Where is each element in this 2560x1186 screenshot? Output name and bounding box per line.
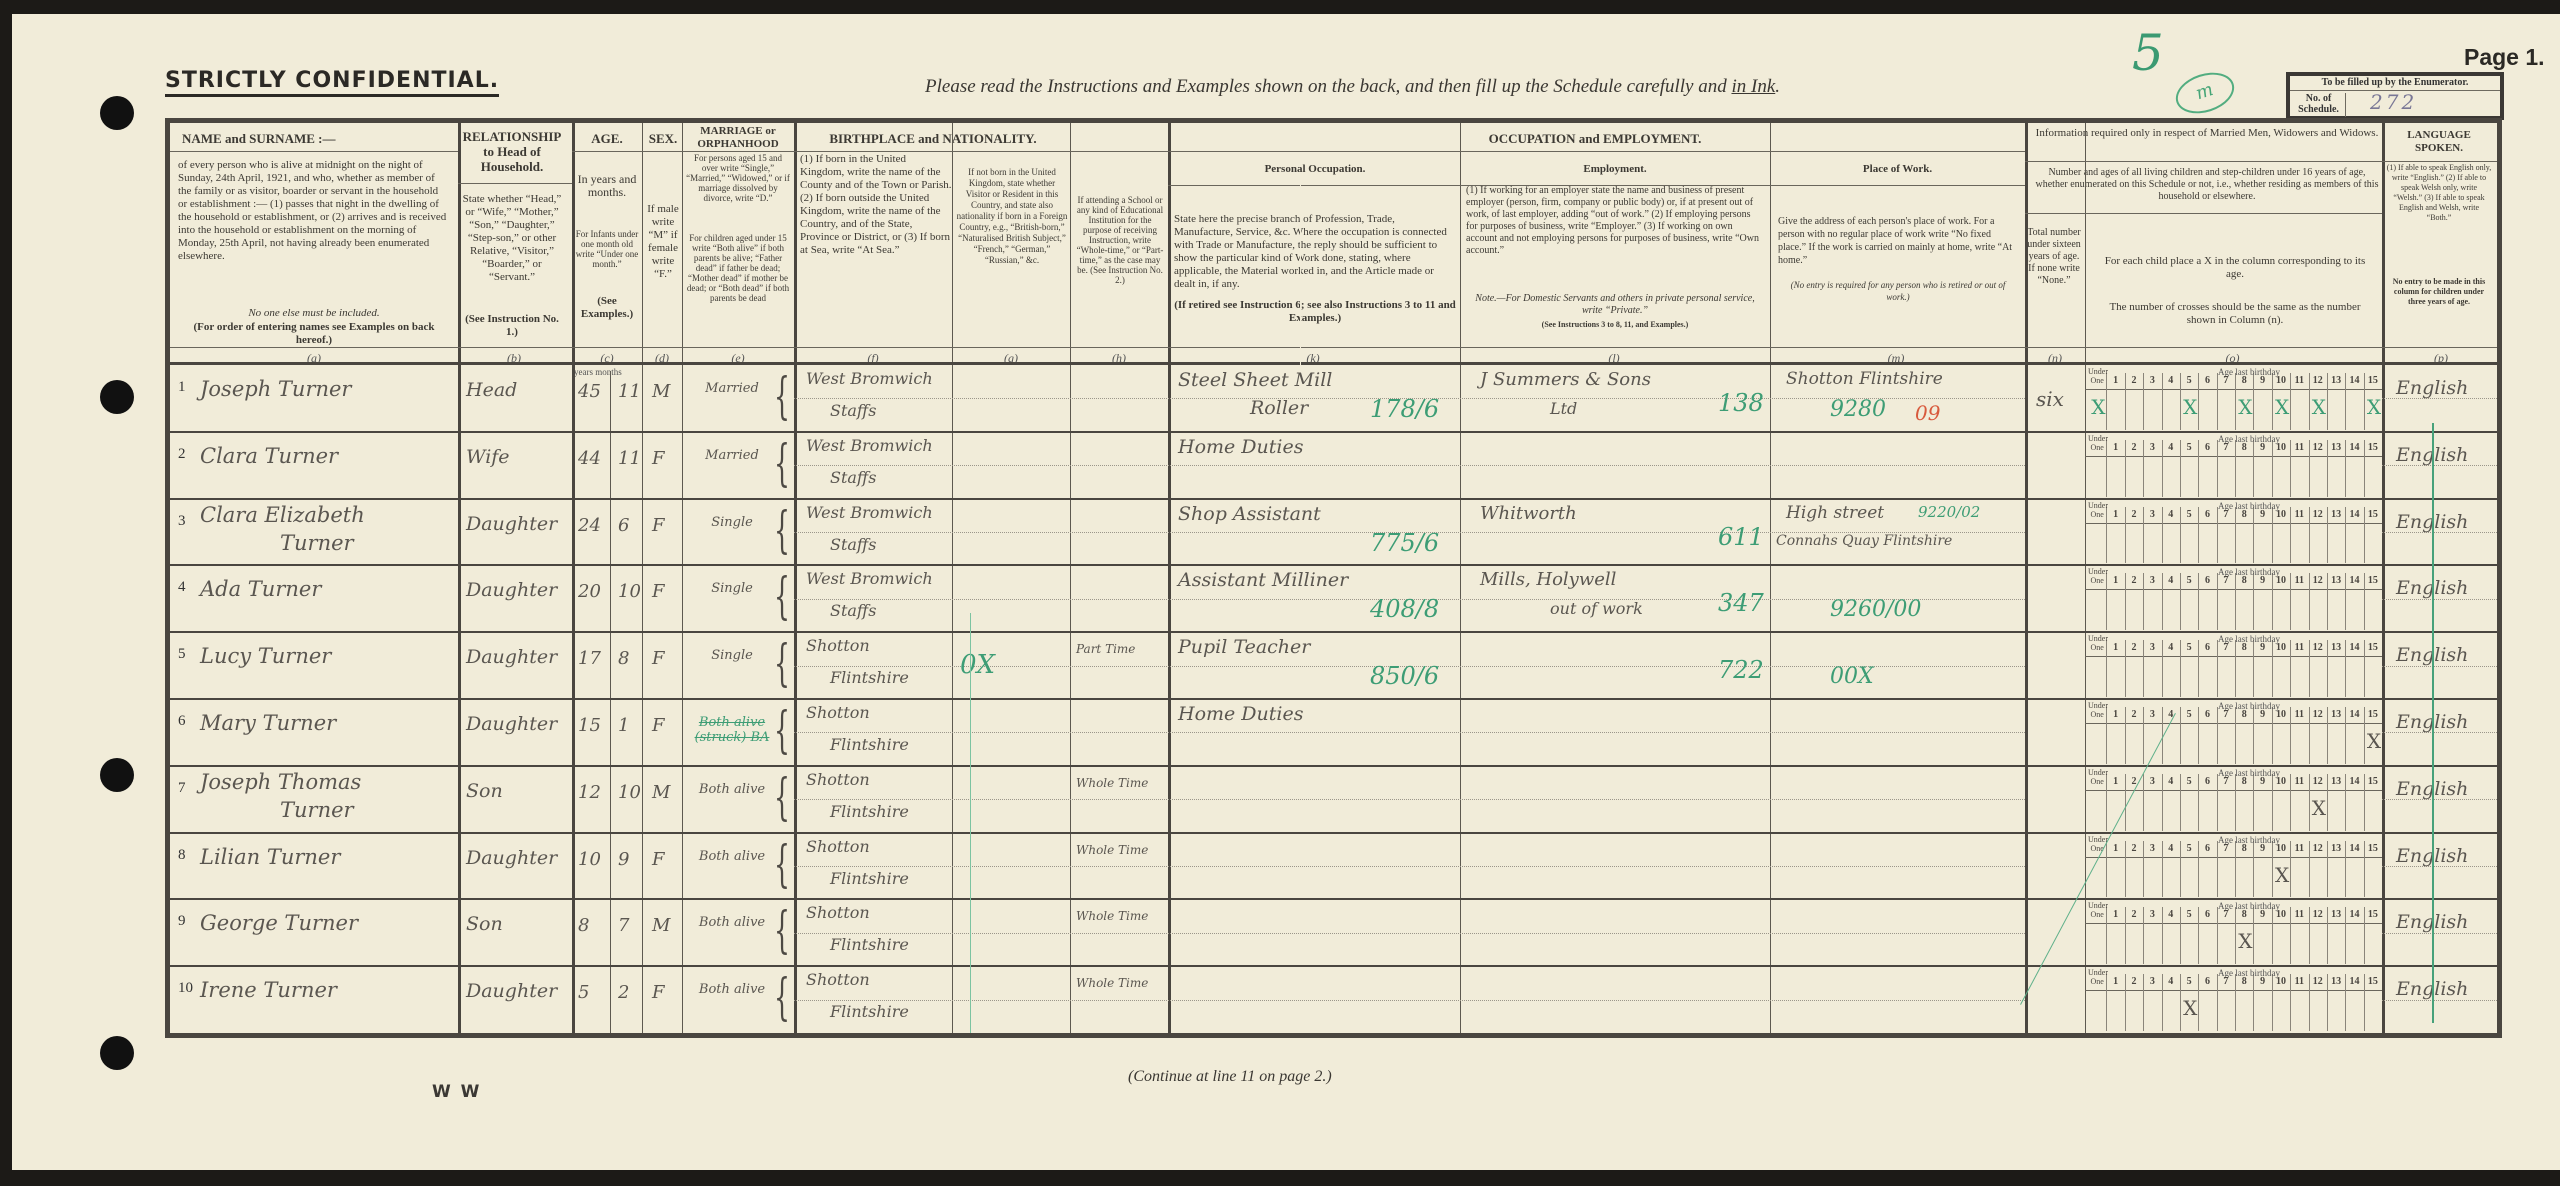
birthplace-town: Shotton (806, 903, 870, 922)
age-col-5: 5 (2180, 710, 2198, 719)
age-years: 5 (578, 982, 589, 1003)
row-number: 4 (178, 579, 186, 596)
employer-code: 722 (1718, 656, 1764, 684)
birthplace-town: Shotton (806, 636, 870, 655)
age-months: 11 (618, 381, 641, 402)
child-age-cross[interactable]: X (2367, 395, 2381, 419)
age-grid-rule (2085, 723, 2382, 724)
pencil-vertical-line-nationality (970, 613, 971, 1033)
row-midline (794, 465, 2025, 466)
child-age-cross[interactable]: X (2091, 395, 2105, 419)
age-col-13: 13 (2327, 977, 2345, 986)
row-number: 6 (178, 713, 186, 730)
header-relationship-title: RELATIONSHIP to Head of Household. (458, 129, 566, 174)
age-months: 2 (618, 982, 629, 1003)
age-years: 45 (578, 381, 601, 402)
marriage-orphanhood: Both alive (688, 915, 776, 930)
column-divider (682, 123, 683, 1033)
age-col-9: 9 (2253, 977, 2271, 986)
marriage-orphanhood: Both alive (688, 982, 776, 997)
age-col-2: 2 (2125, 643, 2143, 652)
age-col-10: 10 (2272, 844, 2290, 853)
header-personal-occupation-foot: (If retired see Instruction 6; see also … (1174, 299, 1456, 325)
age-col-under-one: Under One (2088, 835, 2106, 853)
row-midline (794, 732, 2025, 733)
age-col-9: 9 (2253, 844, 2271, 853)
age-col-15: 15 (2364, 376, 2382, 385)
relationship: Head (466, 379, 517, 401)
age-col-9: 9 (2253, 443, 2271, 452)
employer-code: 347 (1718, 589, 1764, 617)
person-name: Lilian Turner (200, 845, 340, 869)
age-col-1: 1 (2106, 576, 2124, 585)
binding-hole-bottom (100, 1036, 134, 1070)
age-col-4: 4 (2162, 844, 2180, 853)
header-school-body: If attending a School or any kind of Edu… (1075, 195, 1165, 285)
header-personal-occupation-title: Personal Occupation. (1170, 163, 1460, 176)
header-rule (1168, 185, 2025, 186)
age-col-11: 11 (2290, 510, 2308, 519)
age-col-4: 4 (2162, 576, 2180, 585)
age-col-1: 1 (2106, 443, 2124, 452)
column-divider (2382, 123, 2385, 1033)
header-employment-title: Employment. (1460, 163, 1770, 176)
header-children-total-body: Total number under sixteen years of age.… (2026, 227, 2082, 287)
age-col-3: 3 (2143, 376, 2161, 385)
age-col-5: 5 (2180, 910, 2198, 919)
age-col-11: 11 (2290, 710, 2308, 719)
header-employment-foot: (See Instructions 3 to 8, 11, and Exampl… (1466, 319, 1764, 331)
column-divider (1770, 123, 1771, 1033)
header-language-body: (1) If able to speak English only, write… (2386, 163, 2492, 223)
column-divider (1070, 123, 1071, 1033)
sex: F (652, 515, 665, 536)
header-place-of-work-body: Give the address of each person's place … (1778, 215, 2018, 267)
relationship: Son (466, 913, 503, 935)
sex: F (652, 648, 665, 669)
header-age-title: AGE. (573, 131, 641, 146)
age-col-2: 2 (2125, 443, 2143, 452)
age-col-4: 4 (2162, 910, 2180, 919)
age-col-11: 11 (2290, 910, 2308, 919)
age-col-13: 13 (2327, 910, 2345, 919)
row-divider (170, 965, 2497, 967)
row-midline (794, 1000, 2025, 1001)
age-col-7: 7 (2217, 443, 2235, 452)
relationship: Daughter (466, 980, 557, 1002)
age-col-4: 4 (2162, 777, 2180, 786)
age-col-6: 6 (2198, 910, 2216, 919)
age-col-under-one: Under One (2088, 367, 2106, 385)
age-col-14: 14 (2345, 977, 2363, 986)
age-col-11: 11 (2290, 844, 2308, 853)
child-age-cross[interactable]: X (2183, 395, 2197, 419)
age-col-13: 13 (2327, 576, 2345, 585)
age-col-6: 6 (2198, 977, 2216, 986)
age-col-4: 4 (2162, 443, 2180, 452)
age-col-11: 11 (2290, 376, 2308, 385)
header-age-body: In years and months. (573, 173, 641, 199)
age-col-under-one: Under One (2088, 968, 2106, 986)
age-grid-rule (2085, 923, 2382, 924)
sex: F (652, 849, 665, 870)
age-col-1: 1 (2106, 376, 2124, 385)
header-name-note: No one else must be included. (178, 307, 450, 320)
age-col-6: 6 (2198, 643, 2216, 652)
age-months: 9 (618, 849, 629, 870)
column-divider (1168, 123, 1171, 1033)
birthplace-town: Shotton (806, 837, 870, 856)
header-language-note: No entry to be made in this column for c… (2386, 277, 2492, 307)
header-personal-occupation-body: State here the precise branch of Profess… (1174, 213, 1456, 291)
row-divider (170, 898, 2497, 900)
age-years: 17 (578, 648, 601, 669)
age-col-2: 2 (2125, 910, 2143, 919)
header-birthplace-body: (1) If born in the United Kingdom, write… (800, 153, 952, 257)
age-col-13: 13 (2327, 777, 2345, 786)
age-col-11: 11 (2290, 576, 2308, 585)
birthplace-brace: { (774, 705, 790, 755)
age-col-10: 10 (2272, 643, 2290, 652)
relationship: Daughter (466, 713, 557, 735)
sex: F (652, 448, 665, 469)
row-number: 9 (178, 913, 186, 930)
age-col-9: 9 (2253, 643, 2271, 652)
employer-code: 611 (1718, 523, 1764, 551)
age-col-1: 1 (2106, 510, 2124, 519)
age-col-4: 4 (2162, 977, 2180, 986)
child-age-cross[interactable]: X (2275, 863, 2289, 887)
binding-hole-top (100, 96, 134, 130)
person-name: Joseph Thomas (200, 770, 361, 794)
column-divider (1460, 123, 1461, 1033)
age-col-3: 3 (2143, 576, 2161, 585)
birthplace-brace: { (774, 972, 790, 1022)
age-col-under-one: Under One (2088, 701, 2106, 719)
school-attendance: Whole Time (1076, 909, 1148, 923)
header-employment-note: Note.—For Domestic Servants and others i… (1466, 293, 1764, 317)
age-col-1: 1 (2106, 710, 2124, 719)
age-col-8: 8 (2235, 710, 2253, 719)
age-months: 1 (618, 715, 629, 736)
age-col-6: 6 (2198, 510, 2216, 519)
age-col-8: 8 (2235, 510, 2253, 519)
age-col-12: 12 (2309, 777, 2327, 786)
age-col-4: 4 (2162, 710, 2180, 719)
birthplace-county: Flintshire (830, 802, 909, 821)
age-col-1: 1 (2106, 910, 2124, 919)
age-col-2: 2 (2125, 376, 2143, 385)
age-col-6: 6 (2198, 443, 2216, 452)
header-name-body: of every person who is alive at midnight… (178, 159, 450, 263)
place-of-work: High street (1786, 503, 1884, 523)
age-months: 10 (618, 782, 641, 803)
birthplace-town: Shotton (806, 770, 870, 789)
language-spoken: English (2396, 377, 2468, 399)
age-col-7: 7 (2217, 376, 2235, 385)
age-split-divider (610, 371, 611, 1033)
header-employment-body: (1) If working for an employer state the… (1466, 185, 1764, 257)
children-total: six (2036, 387, 2064, 411)
age-col-5: 5 (2180, 844, 2198, 853)
age-col-1: 1 (2106, 977, 2124, 986)
age-col-10: 10 (2272, 443, 2290, 452)
age-col-6: 6 (2198, 576, 2216, 585)
age-col-8: 8 (2235, 977, 2253, 986)
age-col-2: 2 (2125, 977, 2143, 986)
relationship: Wife (466, 446, 510, 468)
age-col-10: 10 (2272, 910, 2290, 919)
continue-note: (Continue at line 11 on page 2.) (1128, 1068, 1332, 1086)
age-col-10: 10 (2272, 777, 2290, 786)
age-col-5: 5 (2180, 643, 2198, 652)
age-months: 10 (618, 581, 641, 602)
column-divider (642, 123, 643, 1033)
age-col-3: 3 (2143, 710, 2161, 719)
work-code-red: 09 (1915, 401, 1940, 425)
age-col-13: 13 (2327, 844, 2345, 853)
age-col-10: 10 (2272, 710, 2290, 719)
age-months: 6 (618, 515, 629, 536)
age-col-7: 7 (2217, 844, 2235, 853)
binding-hole-mid-1 (100, 380, 134, 414)
age-col-1: 1 (2106, 777, 2124, 786)
age-col-2: 2 (2125, 510, 2143, 519)
age-years: 10 (578, 849, 601, 870)
header-rule (170, 347, 2497, 348)
person-name: Ada Turner (200, 577, 321, 601)
age-col-11: 11 (2290, 977, 2308, 986)
marriage-orphanhood: Single (688, 515, 776, 530)
age-col-8: 8 (2235, 643, 2253, 652)
age-col-9: 9 (2253, 910, 2271, 919)
age-col-under-one: Under One (2088, 901, 2106, 919)
age-col-9: 9 (2253, 576, 2271, 585)
personal-occupation: Assistant Milliner (1178, 569, 1348, 591)
spacer (1300, 185, 1301, 365)
relationship: Daughter (466, 579, 557, 601)
personal-occupation: Steel Sheet Mill (1178, 369, 1332, 391)
age-col-6: 6 (2198, 777, 2216, 786)
age-col-15: 15 (2364, 643, 2382, 652)
birthplace-brace: { (774, 772, 790, 822)
person-name: Mary Turner (200, 711, 336, 735)
row-number: 2 (178, 446, 186, 463)
birthplace-county: Staffs (830, 601, 876, 620)
child-age-cross[interactable]: X (2238, 929, 2252, 953)
child-age-cross[interactable]: X (2312, 395, 2326, 419)
age-col-10: 10 (2272, 376, 2290, 385)
child-age-cross[interactable]: X (2183, 996, 2197, 1020)
age-col-1: 1 (2106, 643, 2124, 652)
age-col-2: 2 (2125, 710, 2143, 719)
birthplace-town: Shotton (806, 703, 870, 722)
age-col-15: 15 (2364, 510, 2382, 519)
personal-occupation-line2: Roller (1250, 397, 1308, 419)
header-rule (572, 151, 794, 152)
age-col-15: 15 (2364, 710, 2382, 719)
child-age-cross[interactable]: X (2275, 395, 2289, 419)
birthplace-brace: { (774, 505, 790, 555)
column-divider (572, 123, 575, 1033)
work-code: 00X (1830, 664, 1874, 689)
age-grid-rule (2085, 523, 2382, 524)
age-col-3: 3 (2143, 844, 2161, 853)
birthplace-county: Flintshire (830, 1002, 909, 1021)
age-col-6: 6 (2198, 710, 2216, 719)
age-col-8: 8 (2235, 777, 2253, 786)
employer: J Summers & Sons (1480, 369, 1651, 390)
relationship: Daughter (466, 646, 557, 668)
nationality-mark: 0X (960, 650, 995, 680)
age-col-under-one: Under One (2088, 501, 2106, 519)
confidential-heading: STRICTLY CONFIDENTIAL. (165, 68, 499, 97)
age-col-11: 11 (2290, 443, 2308, 452)
age-col-14: 14 (2345, 844, 2363, 853)
row-divider (170, 832, 2497, 834)
age-col-11: 11 (2290, 777, 2308, 786)
row-midline (794, 933, 2025, 934)
binding-hole-mid-2 (100, 758, 134, 792)
personal-occupation: Pupil Teacher (1178, 636, 1310, 658)
header-rule (2382, 161, 2497, 162)
age-col-8: 8 (2235, 376, 2253, 385)
header-children-cross-body2: The number of crosses should be the same… (2100, 301, 2370, 327)
column-divider (458, 123, 461, 1033)
header-relationship-foot: (See Instruction No. 1.) (458, 313, 566, 339)
personal-occupation: Home Duties (1178, 703, 1304, 725)
school-attendance: Whole Time (1076, 776, 1148, 790)
child-age-cross[interactable]: X (2312, 796, 2326, 820)
age-col-3: 3 (2143, 777, 2161, 786)
marriage-orphanhood: Married (688, 448, 776, 463)
age-col-6: 6 (2198, 376, 2216, 385)
age-col-7: 7 (2217, 977, 2235, 986)
employer: Mills, Holywell (1480, 569, 1616, 590)
age-years: 12 (578, 782, 601, 803)
header-nationality-body: If not born in the United Kingdom, state… (956, 167, 1068, 266)
age-col-15: 15 (2364, 777, 2382, 786)
marriage-orphanhood: Both alive (688, 849, 776, 864)
marriage-orphanhood: Married (688, 381, 776, 396)
schedule-number-value: 272 (2370, 90, 2417, 114)
age-col-4: 4 (2162, 510, 2180, 519)
schedule-number-label: No. of Schedule. (2292, 93, 2346, 117)
school-attendance: Whole Time (1076, 843, 1148, 857)
header-sex-title: SEX. (643, 131, 683, 146)
age-col-5: 5 (2180, 510, 2198, 519)
age-col-12: 12 (2309, 576, 2327, 585)
header-rule (794, 151, 1168, 152)
age-col-14: 14 (2345, 777, 2363, 786)
age-col-4: 4 (2162, 376, 2180, 385)
column-divider (794, 123, 797, 1033)
age-grid-rule (2085, 790, 2382, 791)
header-marriage-body2: For children aged under 15 write “Both a… (685, 233, 791, 303)
age-col-under-one: Under One (2088, 567, 2106, 585)
age-col-7: 7 (2217, 910, 2235, 919)
work-code: 9220/02 (1918, 503, 1980, 521)
age-col-14: 14 (2345, 376, 2363, 385)
birthplace-brace: { (774, 905, 790, 955)
header-name-title: NAME and SURNAME :— (182, 131, 442, 146)
age-col-7: 7 (2217, 710, 2235, 719)
birthplace-brace: { (774, 638, 790, 688)
header-age-foot: (See Examples.) (573, 295, 641, 321)
birthplace-county: Flintshire (830, 935, 909, 954)
pencil-annotation: 5 (2132, 24, 2164, 82)
row-number: 7 (178, 780, 186, 797)
occupation-code: 408/8 (1370, 595, 1439, 623)
age-grid-rule (2085, 990, 2382, 991)
birthplace-brace: { (774, 839, 790, 889)
header-bottom-rule (170, 362, 2497, 365)
row-number: 5 (178, 646, 186, 663)
age-col-3: 3 (2143, 510, 2161, 519)
birthplace-town: West Bromwich (806, 569, 933, 588)
age-col-7: 7 (2217, 576, 2235, 585)
person-name-line2: Turner (280, 798, 354, 822)
age-col-14: 14 (2345, 443, 2363, 452)
age-grid-rule (2085, 456, 2382, 457)
birthplace-county: Flintshire (830, 735, 909, 754)
age-col-5: 5 (2180, 576, 2198, 585)
employer: Whitworth (1480, 503, 1577, 524)
age-months: 11 (618, 448, 641, 469)
age-years-months-label: years months (574, 367, 622, 377)
age-col-13: 13 (2327, 376, 2345, 385)
age-grid-rule (2085, 389, 2382, 390)
person-name: Clara Turner (200, 444, 338, 468)
age-col-4: 4 (2162, 643, 2180, 652)
fill-instructions: Please read the Instructions and Example… (925, 76, 1780, 98)
sex: M (652, 381, 670, 402)
row-divider (170, 498, 2497, 500)
age-col-13: 13 (2327, 710, 2345, 719)
age-col-10: 10 (2272, 510, 2290, 519)
age-col-9: 9 (2253, 510, 2271, 519)
person-name: Lucy Turner (200, 644, 331, 668)
birthplace-brace: { (774, 438, 790, 488)
work-code: 9260/00 (1830, 597, 1921, 622)
personal-occupation: Shop Assistant (1178, 503, 1321, 525)
age-col-9: 9 (2253, 777, 2271, 786)
age-col-14: 14 (2345, 643, 2363, 652)
child-age-cross[interactable]: X (2367, 729, 2381, 753)
sex: M (652, 915, 670, 936)
birthplace-town: Shotton (806, 970, 870, 989)
age-years: 15 (578, 715, 601, 736)
age-col-under-one: Under One (2088, 434, 2106, 452)
header-name-foot: (For order of entering names see Example… (178, 321, 450, 347)
age-col-13: 13 (2327, 510, 2345, 519)
birthplace-county: Flintshire (830, 668, 909, 687)
age-col-3: 3 (2143, 910, 2161, 919)
row-divider (170, 698, 2497, 700)
age-grid-rule (2085, 589, 2382, 590)
occupation-code: 775/6 (1370, 529, 1439, 557)
school-attendance: Whole Time (1076, 976, 1148, 990)
age-col-5: 5 (2180, 777, 2198, 786)
age-col-3: 3 (2143, 977, 2161, 986)
age-col-12: 12 (2309, 710, 2327, 719)
page-number: Page 1. (2464, 44, 2545, 71)
header-place-of-work-note: (No entry is required for any person who… (1778, 279, 2018, 303)
age-col-2: 2 (2125, 844, 2143, 853)
age-col-12: 12 (2309, 844, 2327, 853)
marriage-orphanhood: Both alive (struck) BA (688, 715, 776, 745)
child-age-cross[interactable]: X (2238, 395, 2252, 419)
